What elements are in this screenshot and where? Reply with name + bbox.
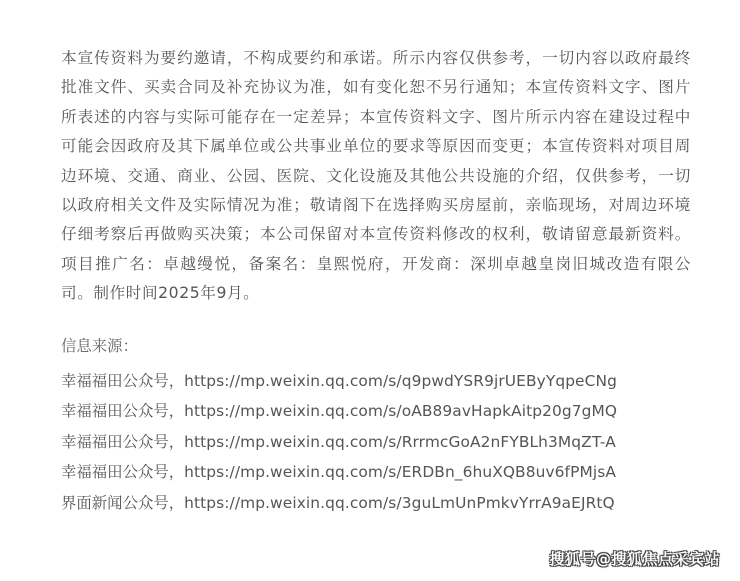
sources-heading: 信息来源： [61,335,691,357]
source-item: 幸福福田公众号，https://mp.weixin.qq.com/s/ERDBn… [61,457,691,488]
source-name: 幸福福田公众号， [61,463,184,481]
source-item: 幸福福田公众号，https://mp.weixin.qq.com/s/q9pwd… [61,366,691,397]
sources-list: 幸福福田公众号，https://mp.weixin.qq.com/s/q9pwd… [61,366,691,519]
source-item: 界面新闻公众号，https://mp.weixin.qq.com/s/3guLm… [61,488,691,519]
document-body: 本宣传资料为要约邀请，不构成要约和承诺。所示内容仅供参考，一切内容以政府最终批准… [61,44,691,535]
source-link[interactable]: https://mp.weixin.qq.com/s/3guLmUnPmkvYr… [184,494,615,512]
source-name: 幸福福田公众号， [61,433,184,451]
watermark: 搜狐号@搜狐焦点采宾站 [549,548,720,569]
source-link[interactable]: https://mp.weixin.qq.com/s/q9pwdYSR9jrUE… [184,372,617,390]
source-link[interactable]: https://mp.weixin.qq.com/s/RrrmcGoA2nFYB… [184,433,616,451]
source-item: 幸福福田公众号，https://mp.weixin.qq.com/s/Rrrmc… [61,427,691,458]
source-link[interactable]: https://mp.weixin.qq.com/s/oAB89avHapkAi… [184,402,617,420]
source-name: 界面新闻公众号， [61,494,184,512]
source-name: 幸福福田公众号， [61,372,184,390]
disclaimer-paragraph: 本宣传资料为要约邀请，不构成要约和承诺。所示内容仅供参考，一切内容以政府最终批准… [61,44,691,309]
source-name: 幸福福田公众号， [61,402,184,420]
source-link[interactable]: https://mp.weixin.qq.com/s/ERDBn_6huXQB8… [184,463,616,481]
source-item: 幸福福田公众号，https://mp.weixin.qq.com/s/oAB89… [61,396,691,427]
